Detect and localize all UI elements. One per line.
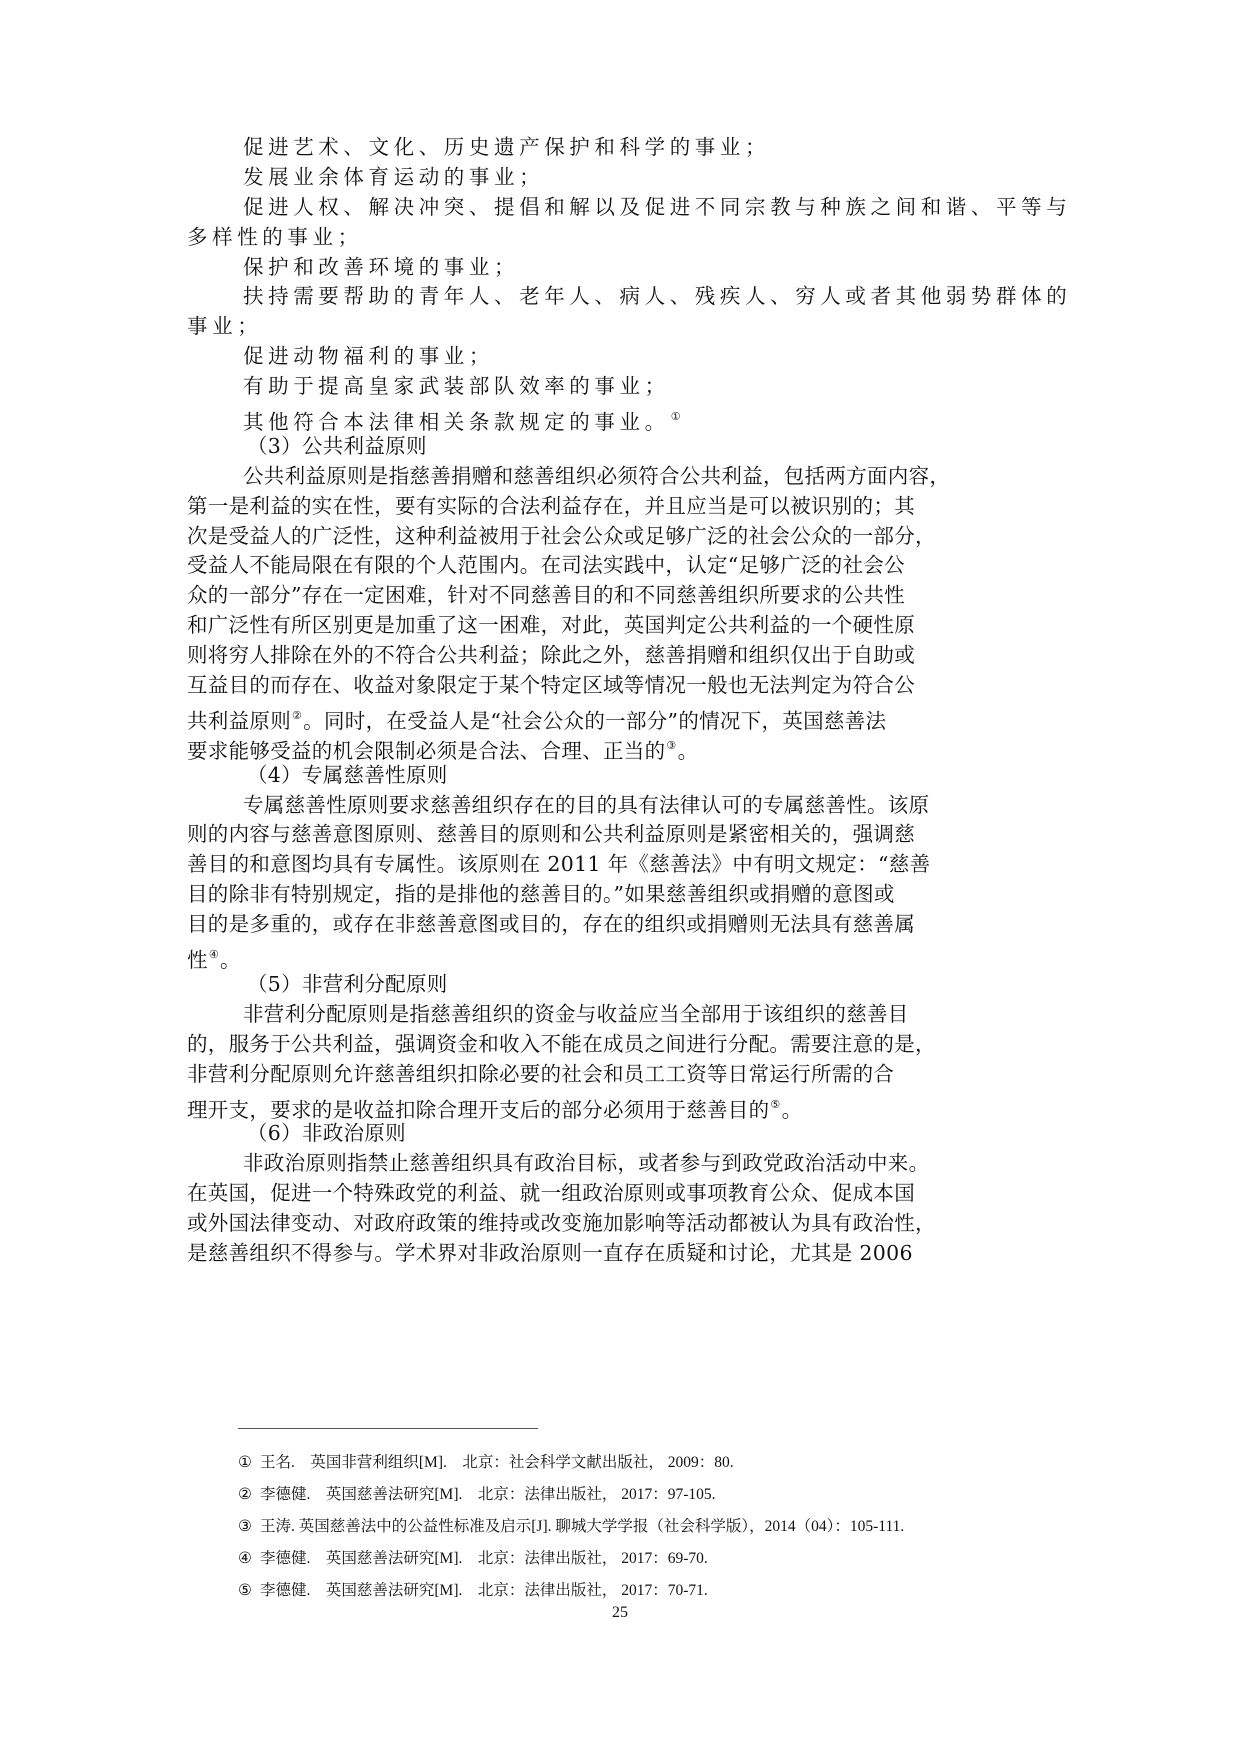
footnote-mark: ② (238, 1479, 260, 1511)
footnote-separator (238, 1428, 538, 1429)
footnote-3: ③王涛. 英国慈善法中的公益性标准及启示[J]. 聊城大学学报（社会科学版），2… (238, 1511, 1038, 1543)
paragraph-line: 要求能够受益的机会限制必须是合法、合理、正当的③。 (187, 731, 1049, 761)
paragraph-line: 互益目的而存在、收益对象限定于某个特定区域等情况一般也无法判定为符合公 (187, 671, 1049, 701)
footnote-ref-2[interactable]: ② (292, 709, 302, 722)
text-run: 理开支，要求的是收益扣除合理开支后的部分必须用于慈善目的 (187, 1098, 769, 1122)
document-page: 促进艺术、文化、历史遗产保护和科学的事业； 发展业余体育运动的事业； 促进人权、… (0, 0, 1240, 1753)
footnote-ref-1[interactable]: ① (671, 410, 681, 423)
text-run: 性 (187, 948, 208, 972)
section-heading-public-benefit: （3）公共利益原则 (187, 432, 1049, 462)
footnote-ref-5[interactable]: ⑤ (770, 1098, 780, 1111)
footnote-ref-3[interactable]: ③ (666, 739, 676, 752)
paragraph-line: 则将穷人排除在外的不符合公共利益；除此之外，慈善捐赠和组织仅出于自助或 (187, 641, 1049, 671)
paragraph-line: 善目的和意图均具有专属性。该原则在 2011 年《慈善法》中有明文规定：“慈善 (187, 850, 1049, 880)
footnote-mark: ① (238, 1447, 260, 1479)
paragraph-line: 公共利益原则是指慈善捐赠和慈善组织必须符合公共利益，包括两方面内容， (187, 462, 1049, 492)
footnotes: ①王名. 英国非营利组织[M]. 北京：社会科学文献出版社， 2009：80. … (238, 1447, 1038, 1607)
paragraph-line: 非营利分配原则是指慈善组织的资金与收益应当全部用于该组织的慈善目 (187, 1000, 1049, 1030)
footnote-text: 王涛. 英国慈善法中的公益性标准及启示[J]. 聊城大学学报（社会科学版），20… (260, 1518, 904, 1535)
paragraph-line: 的，服务于公共利益，强调资金和收入不能在成员之间进行分配。需要注意的是， (187, 1030, 1049, 1060)
list-item-continuation: 多样性的事业； (187, 223, 1049, 253)
footnote-ref-4[interactable]: ④ (209, 948, 219, 961)
list-item: 保护和改善环境的事业； (187, 253, 1049, 283)
paragraph-line: 理开支，要求的是收益扣除合理开支后的部分必须用于慈善目的⑤。 (187, 1090, 1049, 1120)
list-item: 发展业余体育运动的事业； (187, 163, 1049, 193)
footnote-text: 李德健. 英国慈善法研究[M]. 北京：法律出版社， 2017：69-70. (260, 1550, 708, 1567)
footnote-4: ④李德健. 英国慈善法研究[M]. 北京：法律出版社， 2017：69-70. (238, 1543, 1038, 1575)
paragraph-line: 在英国，促进一个特殊政党的利益、就一组政治原则或事项教育公众、促成本国 (187, 1179, 1049, 1209)
footnote-1: ①王名. 英国非营利组织[M]. 北京：社会科学文献出版社， 2009：80. (238, 1447, 1038, 1479)
text-run: 。 (220, 948, 241, 972)
paragraph-line: 第一是利益的实在性，要有实际的合法利益存在，并且应当是可以被识别的；其 (187, 492, 1049, 522)
paragraph-line: 非政治原则指禁止慈善组织具有政治目标，或者参与到政党政治活动中来。 (187, 1149, 1049, 1179)
paragraph-line: 和广泛性有所区别更是加重了这一困难，对此，英国判定公共利益的一个硬性原 (187, 611, 1049, 641)
paragraph-line: 受益人不能局限在有限的个人范围内。在司法实践中，认定“足够广泛的社会公 (187, 551, 1049, 581)
paragraph-line: 目的除非有特别规定，指的是排他的慈善目的。”如果慈善组织或捐赠的意图或 (187, 880, 1049, 910)
body-text: 促进艺术、文化、历史遗产保护和科学的事业； 发展业余体育运动的事业； 促进人权、… (187, 133, 1049, 1269)
text-run: 。 (782, 1098, 803, 1122)
list-item: 其他符合本法律相关条款规定的事业。① (187, 402, 1049, 432)
section-heading-exclusive-charity: （4）专属慈善性原则 (187, 761, 1049, 791)
footnote-text: 王名. 英国非营利组织[M]. 北京：社会科学文献出版社， 2009：80. (260, 1454, 734, 1471)
paragraph-line: 非营利分配原则允许慈善组织扣除必要的社会和员工工资等日常运行所需的合 (187, 1060, 1049, 1090)
list-item: 促进动物福利的事业； (187, 342, 1049, 372)
paragraph-line: 专属慈善性原则要求慈善组织存在的目的具有法律认可的专属慈善性。该原 (187, 791, 1049, 821)
list-item-continuation: 事业； (187, 312, 1049, 342)
paragraph-line: 是慈善组织不得参与。学术界对非政治原则一直存在质疑和讨论，尤其是 2006 (187, 1239, 1049, 1269)
paragraph-line: 众的一部分”存在一定困难，针对不同慈善目的和不同慈善组织所要求的公共性 (187, 581, 1049, 611)
paragraph-line: 次是受益人的广泛性，这种利益被用于社会公众或足够广泛的社会公众的一部分， (187, 522, 1049, 552)
section-heading-non-political: （6）非政治原则 (187, 1119, 1049, 1149)
page-number: 25 (0, 1604, 1240, 1622)
footnote-2: ②李德健. 英国慈善法研究[M]. 北京：法律出版社， 2017：97-105. (238, 1479, 1038, 1511)
footnote-5: ⑤李德健. 英国慈善法研究[M]. 北京：法律出版社， 2017：70-71. (238, 1575, 1038, 1607)
paragraph-line: 共利益原则②。同时，在受益人是“社会公众的一部分”的情况下，英国慈善法 (187, 701, 1049, 731)
text-run: 要求能够受益的机会限制必须是合法、合理、正当的 (187, 739, 665, 763)
paragraph-line: 则的内容与慈善意图原则、慈善目的原则和公共利益原则是紧密相关的，强调慈 (187, 820, 1049, 850)
paragraph-line: 目的是多重的，或存在非慈善意图或目的，存在的组织或捐赠则无法具有慈善属 (187, 910, 1049, 940)
footnote-mark: ④ (238, 1543, 260, 1575)
text-run: 。 (678, 739, 699, 763)
text-run: 共利益原则 (187, 709, 291, 733)
list-item: 有助于提高皇家武装部队效率的事业； (187, 372, 1049, 402)
list-item: 扶持需要帮助的青年人、老年人、病人、残疾人、穷人或者其他弱势群体的 (187, 282, 1049, 312)
list-item: 促进人权、解决冲突、提倡和解以及促进不同宗教与种族之间和谐、平等与 (187, 193, 1049, 223)
footnote-mark: ⑤ (238, 1575, 260, 1607)
footnote-mark: ③ (238, 1511, 260, 1543)
footnote-text: 李德健. 英国慈善法研究[M]. 北京：法律出版社， 2017：97-105. (260, 1486, 716, 1503)
footnote-text: 李德健. 英国慈善法研究[M]. 北京：法律出版社， 2017：70-71. (260, 1582, 708, 1599)
list-item-text: 其他符合本法律相关条款规定的事业。 (243, 410, 670, 434)
paragraph-line: 性④。 (187, 940, 1049, 970)
list-item: 促进艺术、文化、历史遗产保护和科学的事业； (187, 133, 1049, 163)
text-run: 。同时，在受益人是“社会公众的一部分”的情况下，英国慈善法 (303, 709, 886, 733)
section-heading-non-profit-distribution: （5）非营利分配原则 (187, 970, 1049, 1000)
paragraph-line: 或外国法律变动、对政府政策的维持或改变施加影响等活动都被认为具有政治性， (187, 1209, 1049, 1239)
